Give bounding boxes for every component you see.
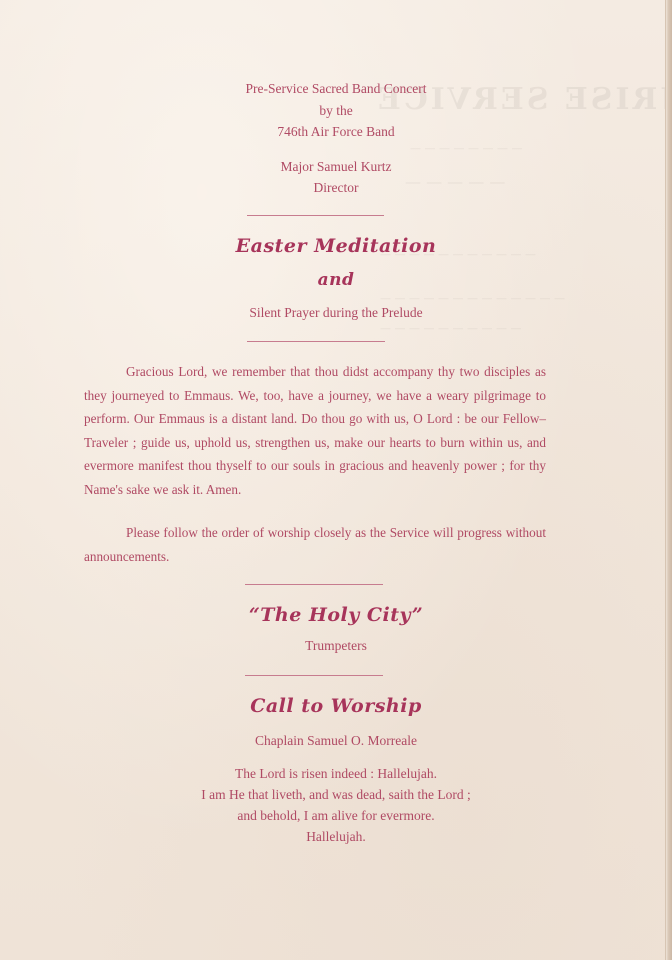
prayer-paragraph: Gracious Lord, we remember that thou did… [84,360,546,501]
instruction-paragraph: Please follow the order of worship close… [84,521,546,568]
concert-by: by the [0,100,672,122]
meditation-and: and [0,270,672,290]
anthem-title: “The Holy City” [0,604,672,626]
divider-rule [247,341,385,342]
divider-rule [247,215,384,216]
officiant-name: Chaplain Samuel O. Morreale [0,730,672,752]
director-name: Major Samuel Kurtz [0,156,672,178]
verse-line: The Lord is risen indeed : Hallelujah. [0,763,672,785]
concert-title: Pre-Service Sacred Band Concert [0,78,672,100]
divider-rule [245,675,383,676]
verse-line: Hallelujah. [0,826,672,848]
prayer-text: Gracious Lord, we remember that thou did… [84,364,546,497]
band-name: 746th Air Force Band [0,121,672,143]
divider-rule [245,584,383,585]
director-title: Director [0,177,672,199]
instruction-text: Please follow the order of worship close… [84,525,546,564]
show-through-line: — — — — — — — — [410,142,522,155]
call-to-worship-heading: Call to Worship [0,695,672,717]
meditation-subtitle: Silent Prayer during the Prelude [0,302,672,324]
meditation-heading: Easter Meditation [0,235,672,257]
anthem-performer: Trumpeters [0,635,672,657]
verse-line: I am He that liveth, and was dead, saith… [0,784,672,806]
verse-line: and behold, I am alive for evermore. [0,805,672,827]
